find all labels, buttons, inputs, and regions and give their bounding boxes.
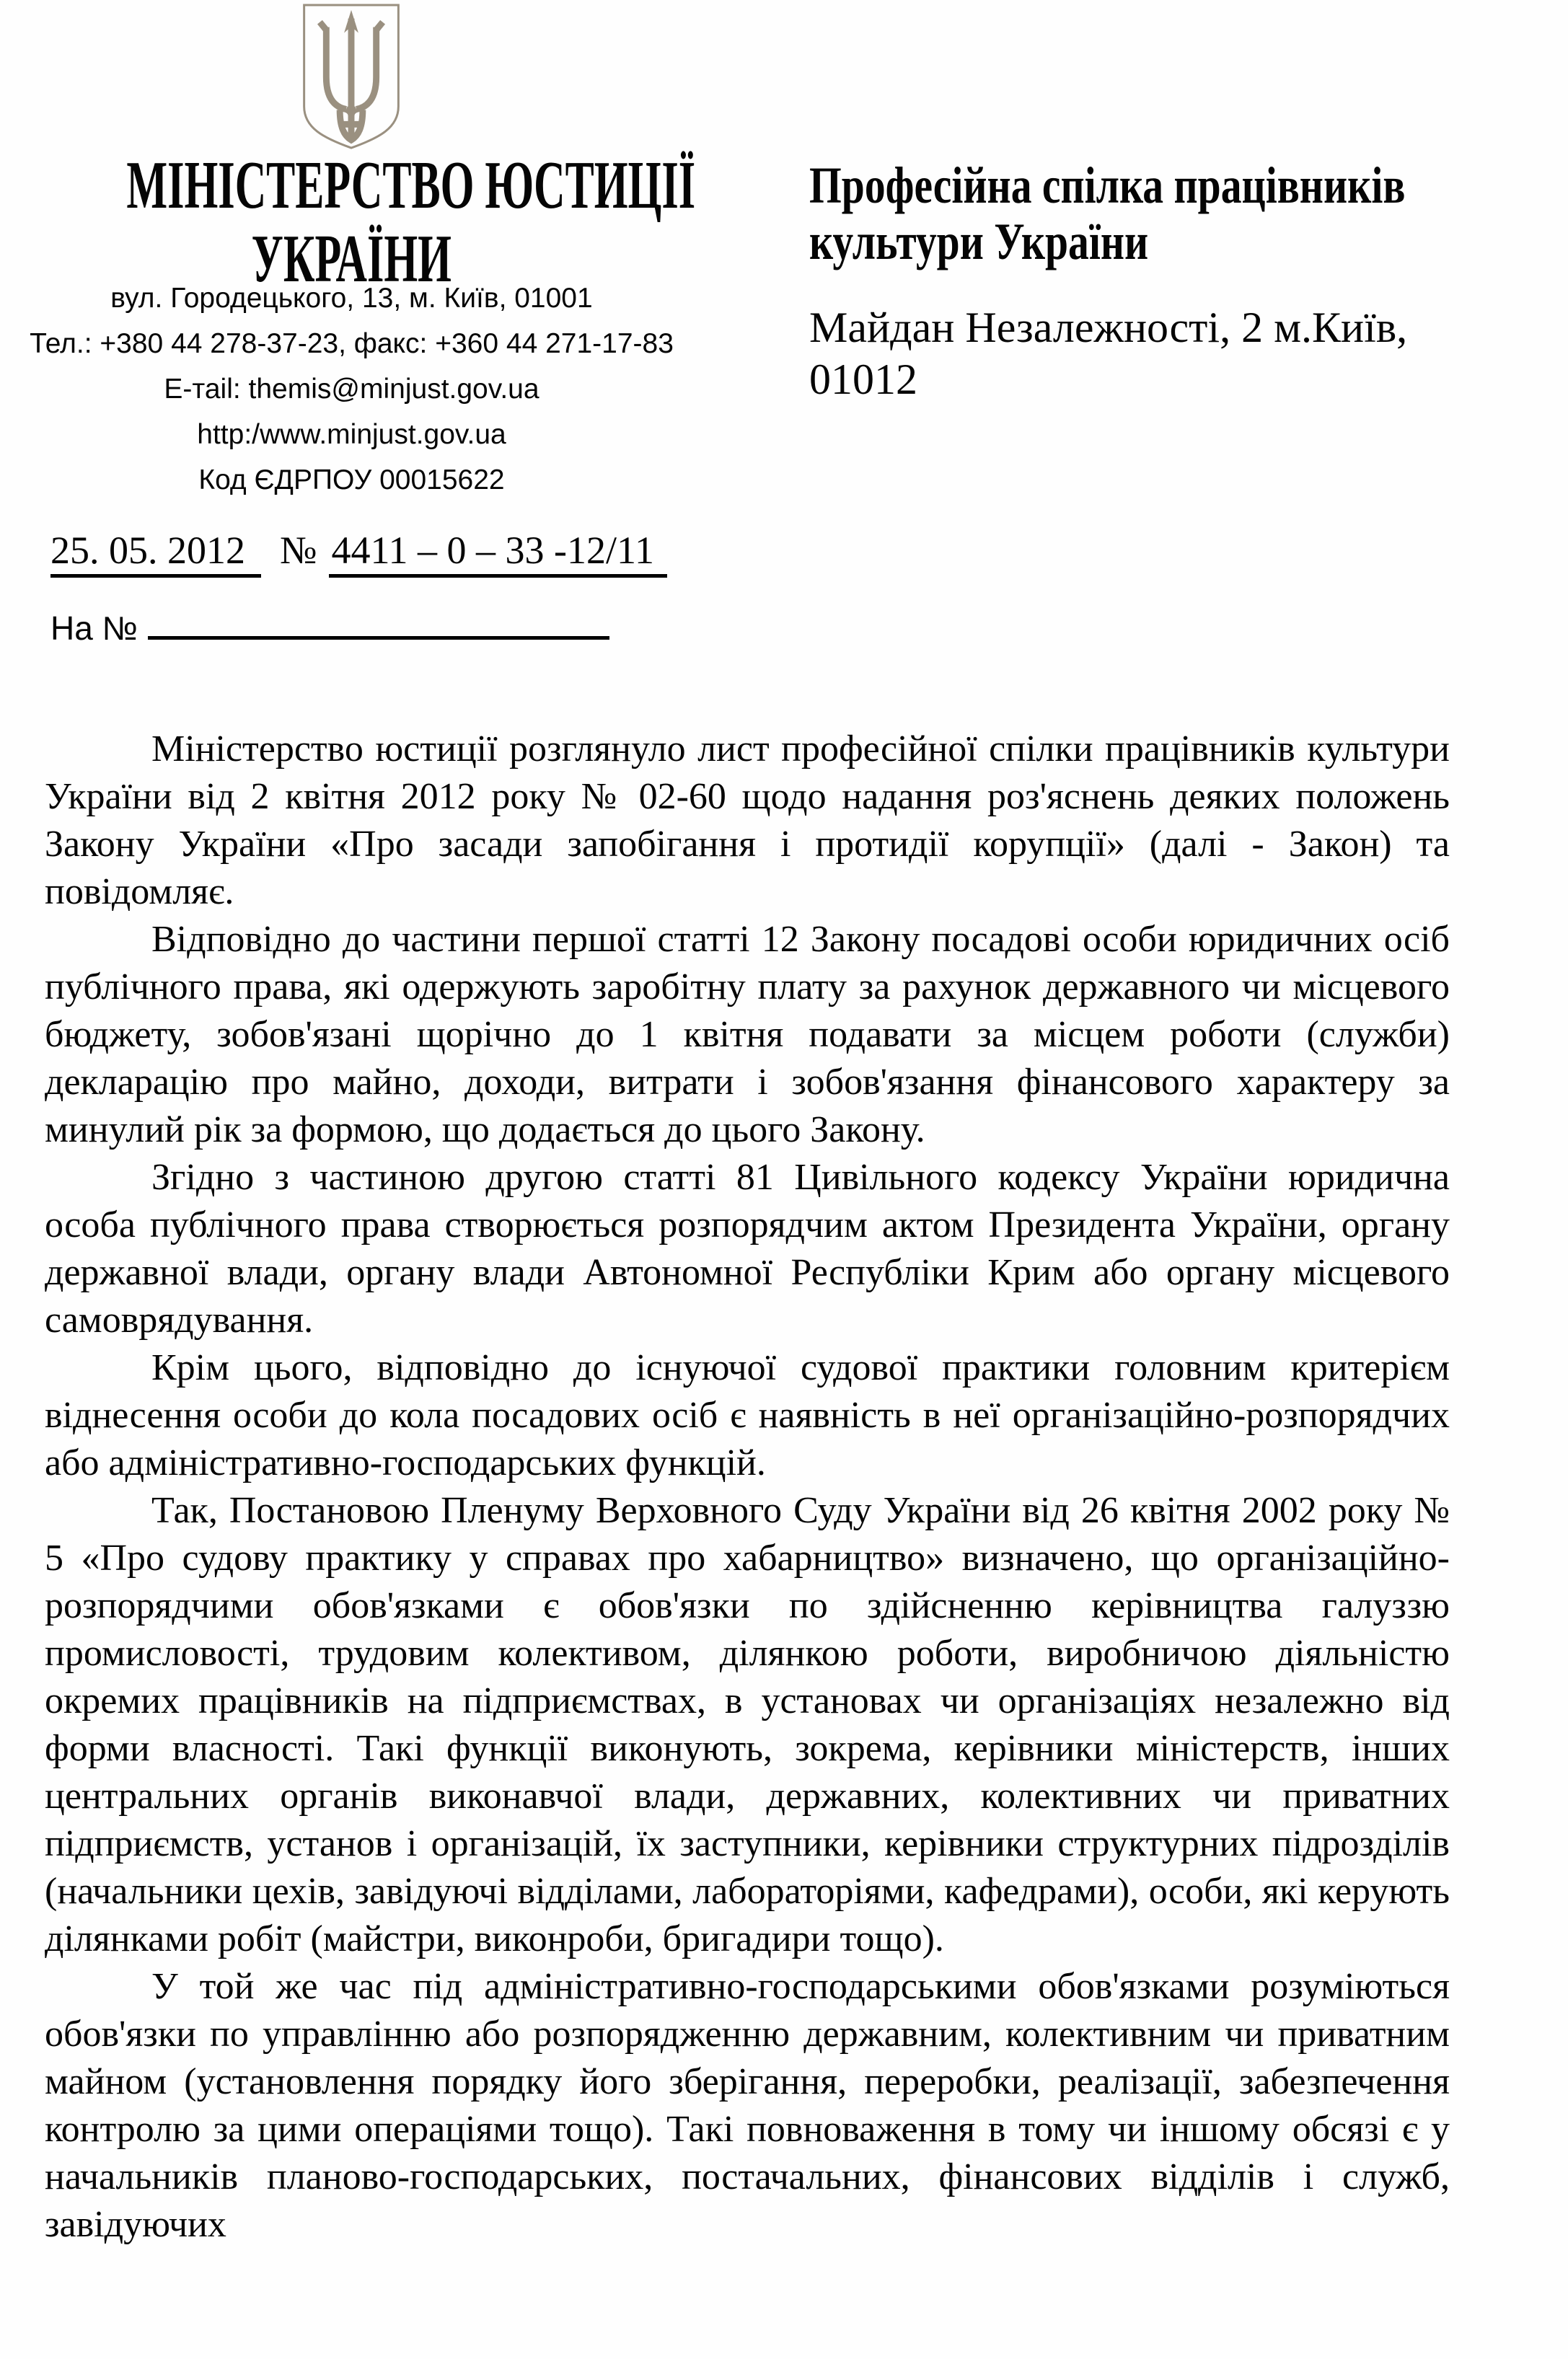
letter-body: Міністерство юстиції розглянуло лист про…: [45, 726, 1450, 2249]
ministry-edrpou-code: Код ЄДРПОУ 00015622: [0, 457, 703, 503]
ministry-title: МІНІСТЕРСТВО ЮСТИЦІЇ УКРАЇНИ: [126, 149, 576, 296]
letter-date: 25. 05. 2012: [50, 528, 261, 578]
trident-emblem-icon: [297, 1, 405, 151]
recipient-name-line2: культури України: [809, 213, 1421, 270]
reply-reference-label: На №: [50, 609, 138, 647]
reply-reference-blank-line: [148, 606, 609, 640]
body-paragraph: Так, Постановою Пленуму Верховного Суду …: [45, 1487, 1450, 1963]
recipient-name-line1: Професійна спілка працівників: [809, 157, 1421, 213]
reference-line: 25. 05. 2012№4411 – 0 – 33 -12/11: [50, 528, 667, 578]
recipient-address-line1: Майдан Незалежності, 2 м.Київ,: [809, 301, 1568, 353]
recipient-name: Професійна спілка працівників культури У…: [809, 157, 1421, 270]
body-paragraph: Міністерство юстиції розглянуло лист про…: [45, 726, 1450, 916]
letter-page: МІНІСТЕРСТВО ЮСТИЦІЇ УКРАЇНИ вул. Городе…: [0, 0, 1568, 2359]
number-sign: №: [280, 528, 317, 573]
ministry-phone-fax: Тел.: +380 44 278-37-23, факс: +360 44 2…: [0, 321, 703, 366]
body-paragraph: Крім цього, відповідно до існуючої судов…: [45, 1344, 1450, 1487]
body-paragraph: Згідно з частиною другою статті 81 Цивіл…: [45, 1154, 1450, 1344]
ministry-website: http:/www.minjust.gov.ua: [0, 412, 703, 457]
ministry-contact-block: вул. Городецького, 13, м. Київ, 01001 Те…: [0, 275, 703, 503]
ministry-street-address: вул. Городецького, 13, м. Київ, 01001: [0, 275, 703, 321]
recipient-address: Майдан Незалежності, 2 м.Київ, 01012: [809, 301, 1568, 405]
recipient-address-line2: 01012: [809, 353, 1568, 405]
outgoing-number: 4411 – 0 – 33 -12/11: [329, 528, 667, 578]
body-paragraph: Відповідно до частини першої статті 12 З…: [45, 916, 1450, 1154]
body-paragraph: У той же час під адміністративно-господа…: [45, 1963, 1450, 2249]
reply-reference-line: На №: [50, 606, 609, 648]
ministry-email: Е-таіl: themis@minjust.gov.ua: [0, 366, 703, 412]
ministry-title-line1: МІНІСТЕРСТВО ЮСТИЦІЇ: [126, 149, 576, 222]
